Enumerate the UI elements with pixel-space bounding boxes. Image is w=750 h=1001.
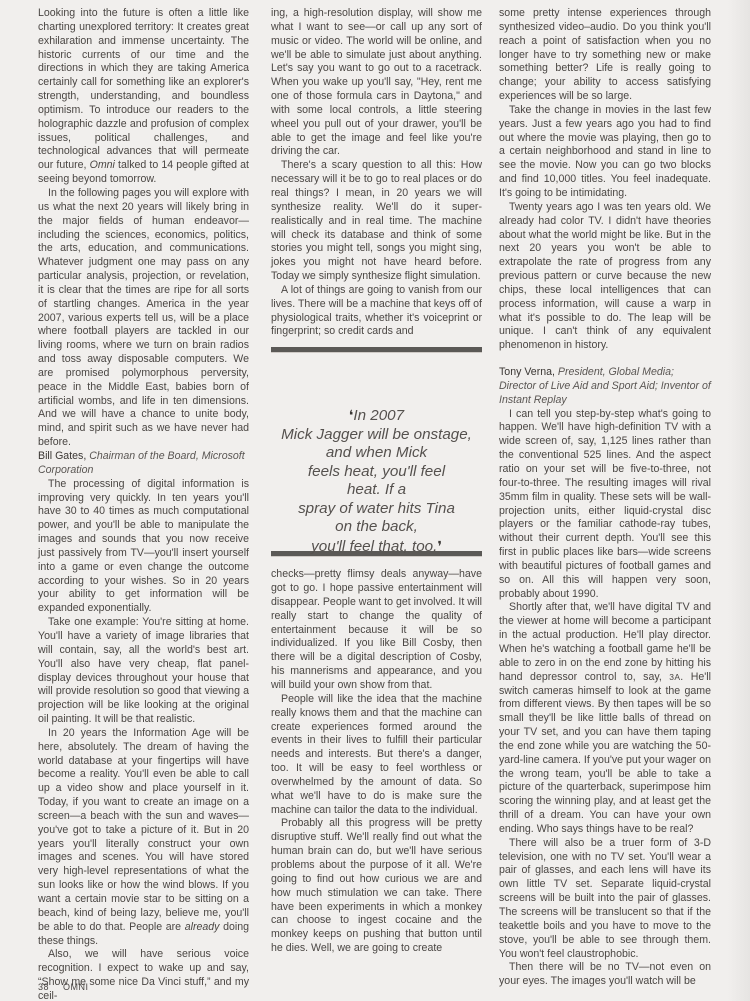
verna-paragraph-2: Shortly after that, we'll have digital T… (499, 601, 711, 836)
gates-paragraph-1: The processing of digital information is… (38, 478, 249, 616)
gates-paragraph-9: Take the change in movies in the last fe… (499, 104, 711, 201)
speaker-name: Tony Verna, (499, 366, 555, 378)
gates-paragraph-10: Twenty years ago I was ten years old. We… (499, 201, 711, 353)
gates-paragraph-2: Take one example: You're sitting at home… (38, 616, 249, 727)
verna-paragraph-4-start: Then there will be no TV—not even on you… (499, 961, 711, 989)
article-column-1: Looking into the future is often a littl… (38, 7, 249, 1001)
gates-paragraph-3: In 20 years the Information Age will be … (38, 727, 249, 949)
pull-quote-line-2: Mick Jagger will be onstage, (271, 426, 482, 445)
intro-paragraph-2: In the following pages you will explore … (38, 187, 249, 450)
verna-paragraph-1: I can tell you step-by-step what's going… (499, 408, 711, 602)
close-quote-icon: ❜ (437, 538, 442, 554)
page-edge-shadow (728, 0, 750, 1001)
pull-quote-line-7: on the back, (271, 518, 482, 537)
page-folio: 38OMNI (38, 982, 103, 992)
publication-name: OMNI (63, 982, 89, 992)
gates-paragraph-4-cont: ing, a high-resolution display, will sho… (271, 7, 482, 159)
verna-paragraph-3: There will also be a truer form of 3-D t… (499, 837, 711, 962)
speaker-name: Bill Gates, (38, 450, 86, 462)
gates-paragraph-7: People will like the idea that the machi… (271, 693, 482, 818)
pull-quote-line-5: heat. If a (271, 481, 482, 500)
pull-quote-line-4: feels heat, you'll feel (271, 463, 482, 482)
speaker-heading-bill-gates: Bill Gates, Chairman of the Board, Micro… (38, 450, 249, 478)
intro-paragraph-1: Looking into the future is often a littl… (38, 7, 249, 187)
gates-paragraph-8-start: Probably all this progress will be prett… (271, 817, 482, 955)
gates-paragraph-6-start: A lot of things are going to vanish from… (271, 284, 482, 339)
page-number: 38 (38, 982, 49, 992)
gates-paragraph-8-cont: some pretty intense experiences through … (499, 7, 711, 104)
gates-paragraph-4-start: Also, we will have serious voice recogni… (38, 948, 249, 1001)
article-column-2: ing, a high-resolution display, will sho… (271, 7, 482, 956)
pull-quote-line-1: ❛In 2007 (271, 406, 482, 426)
gates-paragraph-6-cont: checks—pretty flimsy deals anyway—have g… (271, 568, 482, 693)
pull-quote-line-3: and when Mick (271, 444, 482, 463)
pull-quote-line-6: spray of water hits Tina (271, 500, 482, 519)
control-code: 3A (669, 672, 680, 682)
gates-paragraph-5: There's a scary question to all this: Ho… (271, 159, 482, 284)
pull-quote: ❛In 2007 Mick Jagger will be onstage, an… (271, 353, 482, 534)
article-column-3: some pretty intense experiences through … (499, 7, 711, 989)
speaker-heading-tony-verna: Tony Verna, President, Global Media; Dir… (499, 366, 711, 408)
omni-magazine-name: Omni (90, 159, 115, 171)
